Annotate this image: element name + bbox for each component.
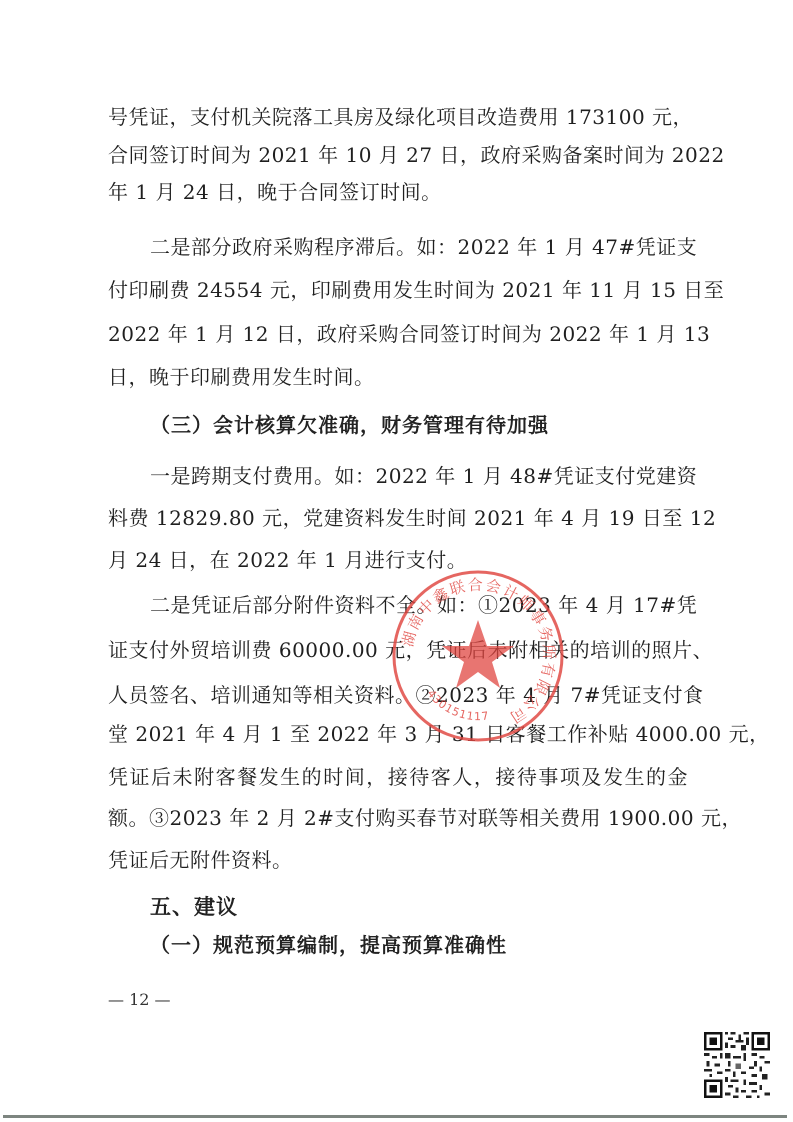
paragraph-line: 月 24 日，在 2022 年 1 月进行支付。 [108, 548, 688, 572]
paragraph-line: 付印刷费 24554 元，印刷费用发生时间为 2021 年 11 月 15 日至 [108, 278, 688, 302]
paragraph-line: 证支付外贸培训费 60000.00 元，凭证后未附相关的培训的照片、 [108, 638, 688, 662]
page-number: — 12 — [108, 990, 171, 1009]
paragraph-line: 人员签名、培训通知等相关资料。②2023 年 4 月 7#凭证支付食 [108, 683, 688, 707]
paragraph-line: 凭证后未附客餐发生的时间，接待客人，接待事项及发生的金 [108, 765, 688, 789]
paragraph-line: 号凭证，支付机关院落工具房及绿化项目改造费用 173100 元， [108, 105, 688, 129]
paragraph-line: 额。③2023 年 2 月 2#支付购买春节对联等相关费用 1900.00 元， [108, 806, 688, 830]
paragraph-line: 凭证后无附件资料。 [108, 848, 688, 872]
subsection-heading: （一）规范预算编制，提高预算准确性 [150, 933, 507, 957]
paragraph-line: 日，晚于印刷费用发生时间。 [108, 365, 688, 389]
bottom-divider [3, 1115, 787, 1118]
paragraph-line: 一是跨期支付费用。如：2022 年 1 月 48#凭证支付党建资 [150, 464, 688, 488]
paragraph-line: 堂 2021 年 4 月 1 至 2022 年 3 月 31 日客餐工作补贴 4… [108, 722, 688, 746]
paragraph-line: 2022 年 1 月 12 日，政府采购合同签订时间为 2022 年 1 月 1… [108, 322, 688, 346]
paragraph-line: 二是凭证后部分附件资料不全。如：①2023 年 4 月 17#凭 [150, 593, 688, 617]
qr-code-icon [704, 1032, 770, 1098]
paragraph-line: 二是部分政府采购程序滞后。如：2022 年 1 月 47#凭证支 [150, 235, 688, 259]
paragraph-line: 年 1 月 24 日，晚于合同签订时间。 [108, 180, 688, 204]
document-page: 号凭证，支付机关院落工具房及绿化项目改造费用 173100 元， 合同签订时间为… [0, 0, 793, 1122]
paragraph-line: 合同签订时间为 2021 年 10 月 27 日，政府采购备案时间为 2022 [108, 143, 688, 167]
section-heading: 五、建议 [150, 895, 238, 919]
paragraph-line: 料费 12829.80 元，党建资料发生时间 2021 年 4 月 19 日至 … [108, 506, 688, 530]
section-heading: （三）会计核算欠准确，财务管理有待加强 [150, 413, 549, 437]
